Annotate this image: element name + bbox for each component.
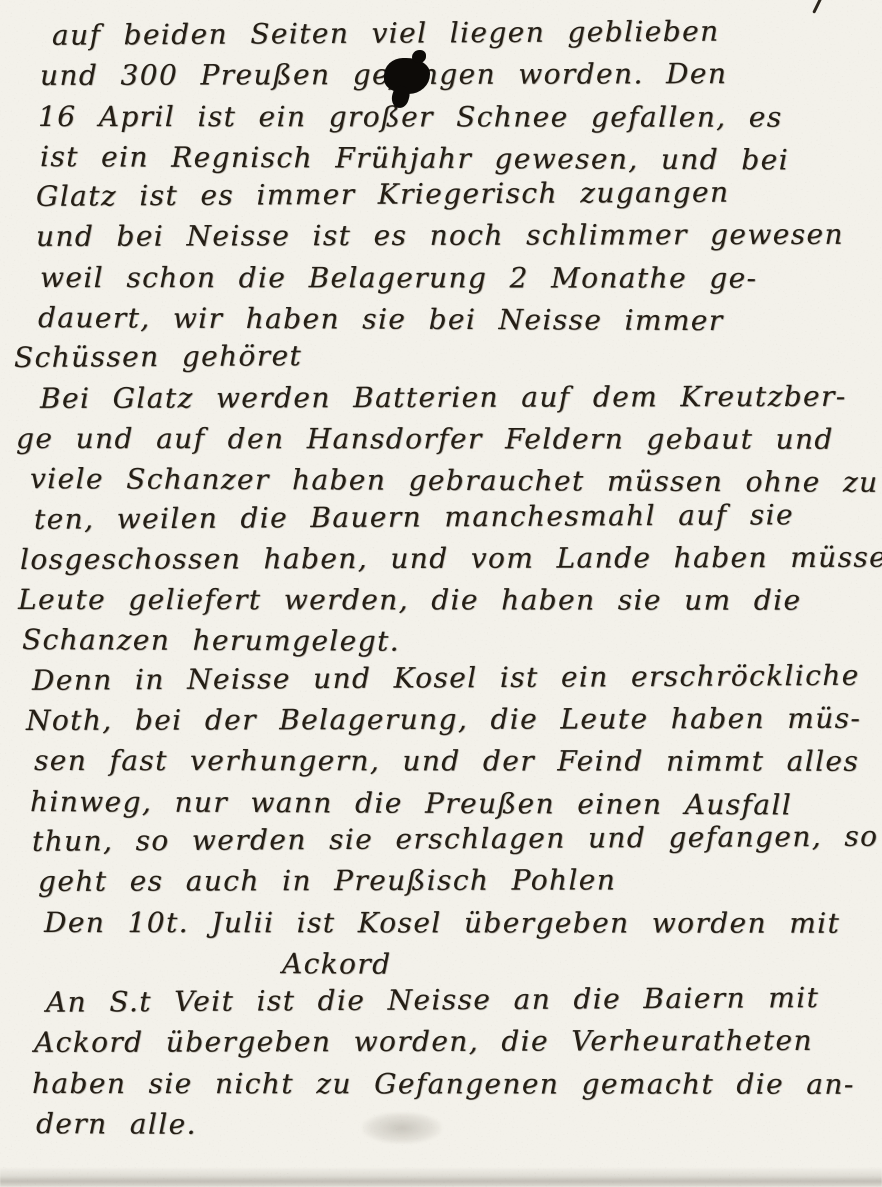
smudge-artifact — [362, 1112, 442, 1144]
manuscript-line: Noth, bei der Belagerung, die Leute habe… — [10, 699, 878, 742]
manuscript-line: ten, weilen die Bauern manchesmahl auf s… — [10, 494, 878, 540]
manuscript-line: geht es auch in Preußisch Pohlen — [10, 860, 878, 903]
manuscript-line: Leute geliefert werden, die haben sie um… — [10, 580, 878, 621]
manuscript-line: haben sie nicht zu Gefangenen gemacht di… — [10, 1064, 878, 1105]
manuscript-line: Bei Glatz werden Batterien auf dem Kreut… — [10, 376, 878, 419]
manuscript-text-block: auf beiden Seiten viel liegen gebliebenu… — [10, 16, 878, 1144]
manuscript-line: 16 April ist ein großer Schnee gefallen,… — [10, 97, 878, 138]
manuscript-line: thun, so werden sie erschlagen und gefan… — [10, 817, 878, 863]
manuscript-line: Den 10t. Julii ist Kosel übergeben worde… — [10, 903, 878, 944]
manuscript-line: dern alle. — [10, 1104, 878, 1148]
manuscript-line: An S.t Veit ist die Neisse an die Baiern… — [10, 978, 878, 1024]
manuscript-line: auf beiden Seiten viel liegen geblieben — [10, 11, 878, 57]
manuscript-line: sen fast verhungern, und der Feind nimmt… — [10, 741, 878, 782]
manuscript-line: und 300 Preußen gefangen worden. Den — [10, 54, 878, 97]
manuscript-line: Ackord übergeben worden, die Verheurathe… — [10, 1021, 878, 1064]
manuscript-line: Denn in Neisse und Kosel ist ein erschrö… — [10, 655, 878, 701]
scanner-shadow — [0, 1167, 882, 1187]
manuscript-line: ge und auf den Hansdorfer Feldern gebaut… — [10, 419, 878, 460]
manuscript-line: losgeschossen haben, und vom Lande haben… — [10, 538, 878, 581]
manuscript-line: Glatz ist es immer Kriegerisch zugangen — [10, 172, 878, 218]
manuscript-line: und bei Neisse ist es noch schlimmer gew… — [10, 215, 878, 258]
manuscript-line: Schüssen gehöret — [10, 333, 878, 379]
manuscript-page: auf beiden Seiten viel liegen gebliebenu… — [0, 0, 882, 1187]
manuscript-line: weil schon die Belagerung 2 Monathe ge- — [10, 258, 878, 299]
